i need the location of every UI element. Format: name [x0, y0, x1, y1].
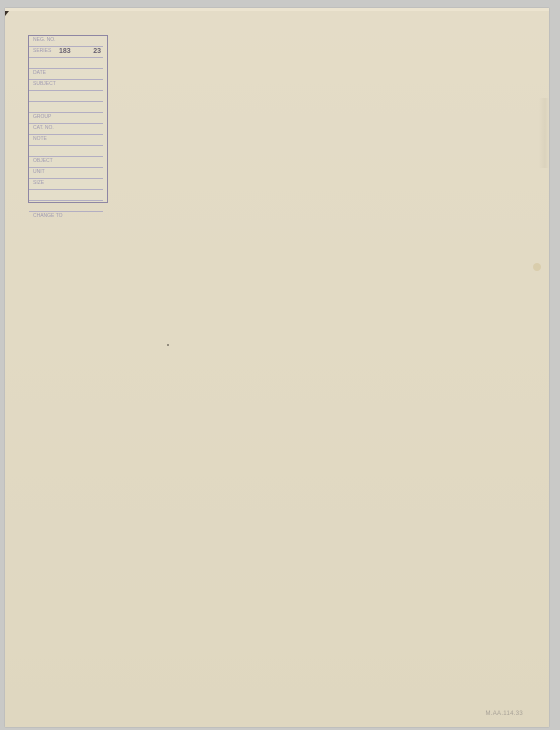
catalog-number: M.AA.114.33 [485, 711, 523, 717]
label-row: GROUP [29, 113, 103, 124]
label-row: CHANGE TO [29, 212, 103, 222]
corner-mark [5, 11, 9, 16]
series-number: 183 [59, 47, 71, 56]
label-row: OBJECT [29, 157, 103, 168]
label-row-series: SERIES 183 23 [29, 47, 103, 58]
label-field-name: SUBJECT [33, 81, 56, 87]
label-blank-line [29, 91, 103, 102]
label-field-name: SERIES [33, 48, 51, 54]
document-sheet: NEG. NO. SERIES 183 23 DATE SUBJECT GROU… [5, 8, 549, 727]
label-row: UNIT [29, 168, 103, 179]
catalog-label: NEG. NO. SERIES 183 23 DATE SUBJECT GROU… [28, 35, 108, 203]
label-row: CAT. NO. [29, 124, 103, 135]
label-field-name: NEG. NO. [33, 37, 56, 43]
label-field-name: DATE [33, 70, 46, 76]
label-row: NEG. NO. [29, 36, 103, 47]
paper-fold [539, 98, 549, 168]
label-blank-line [29, 190, 103, 201]
label-blank-line [29, 146, 103, 157]
label-field-name: UNIT [33, 169, 45, 175]
label-row: NOTE [29, 135, 103, 146]
label-blank-line [29, 102, 103, 113]
label-blank-line [29, 201, 103, 212]
label-row: SIZE [29, 179, 103, 190]
label-field-name: CHANGE TO [33, 213, 63, 219]
label-field-name: OBJECT [33, 158, 53, 164]
label-field-name: CAT. NO. [33, 125, 54, 131]
label-field-name: SIZE [33, 180, 44, 186]
label-field-name: GROUP [33, 114, 51, 120]
label-blank-line [29, 58, 103, 69]
label-field-name: NOTE [33, 136, 47, 142]
paper-speck [167, 344, 169, 346]
label-row: SUBJECT [29, 80, 103, 91]
label-row: DATE [29, 69, 103, 80]
paper-stain [533, 263, 541, 271]
item-number: 23 [93, 47, 101, 56]
